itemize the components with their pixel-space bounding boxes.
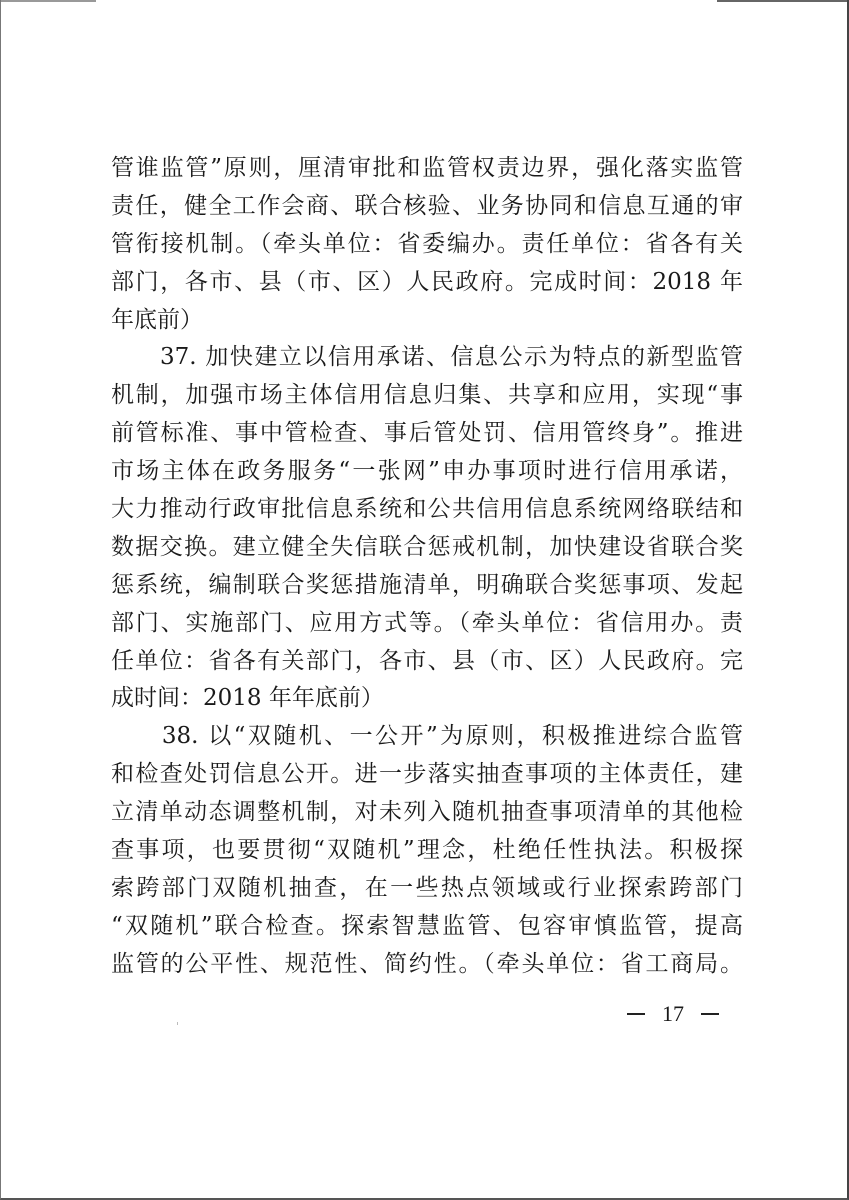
em-dash-left (627, 1013, 645, 1015)
text-line: 任单位：省各有关部门，各市、县（市、区）人民政府。完 (111, 643, 743, 681)
text-line: 查事项，也要贯彻“双随机”理念，杜绝任性执法。积极探 (111, 832, 743, 870)
text-line: 管谁监管”原则，厘清审批和监管权责边界，强化落实监管 (111, 150, 743, 188)
page-number: 17 (627, 1001, 719, 1027)
text-line: 数据交换。建立健全失信联合惩戒机制，加快建设省联合奖 (111, 529, 743, 567)
text-line: 部门，各市、县（市、区）人民政府。完成时间：2018 年 (111, 264, 743, 302)
text-line: 机制，加强市场主体信用信息归集、共享和应用，实现“事 (111, 377, 743, 415)
em-dash-right (701, 1013, 719, 1015)
text-line: 和检查处罚信息公开。进一步落实抽查事项的主体责任，建 (111, 756, 743, 794)
text-line: 成时间：2018 年年底前） (111, 680, 743, 718)
text-line: 部门、实施部门、应用方式等。（牵头单位：省信用办。责 (111, 605, 743, 643)
page-number-value: 17 (662, 1001, 684, 1027)
paragraph-37-first-line: 37. 加快建立以信用承诺、信息公示为特点的新型监管 (111, 339, 743, 377)
text-line: 市场主体在政务服务“一张网”申办事项时进行信用承诺， (111, 453, 743, 491)
text-line: 前管标准、事中管检查、事后管处罚、信用管终身”。推进 (111, 415, 743, 453)
text-line: 索跨部门双随机抽查，在一些热点领域或行业探索跨部门 (111, 870, 743, 908)
document-body: 管谁监管”原则，厘清审批和监管权责边界，强化落实监管 责任，健全工作会商、联合核… (111, 150, 743, 984)
text-line: 立清单动态调整机制，对未列入随机抽查事项清单的其他检 (111, 794, 743, 832)
text-line: 管衔接机制。（牵头单位：省委编办。责任单位：省各有关 (111, 226, 743, 264)
scan-speck (177, 1022, 178, 1025)
text-line: 责任，健全工作会商、联合核验、业务协同和信息互通的审 (111, 188, 743, 226)
scan-edge-artifact (1, 0, 96, 2)
document-page: 管谁监管”原则，厘清审批和监管权责边界，强化落实监管 责任，健全工作会商、联合核… (0, 0, 849, 1200)
text-line: 大力推动行政审批信息系统和公共信用信息系统网络联结和 (111, 491, 743, 529)
text-line: 年底前） (111, 302, 743, 340)
text-line: “双随机”联合检查。探索智慧监管、包容审慎监管，提高 (111, 908, 743, 946)
scan-edge-artifact (717, 0, 847, 2)
text-line: 惩系统，编制联合奖惩措施清单，明确联合奖惩事项、发起 (111, 567, 743, 605)
text-line: 监管的公平性、规范性、简约性。（牵头单位：省工商局。 (111, 946, 743, 984)
paragraph-38-first-line: 38. 以“双随机、一公开”为原则，积极推进综合监管 (111, 718, 743, 756)
